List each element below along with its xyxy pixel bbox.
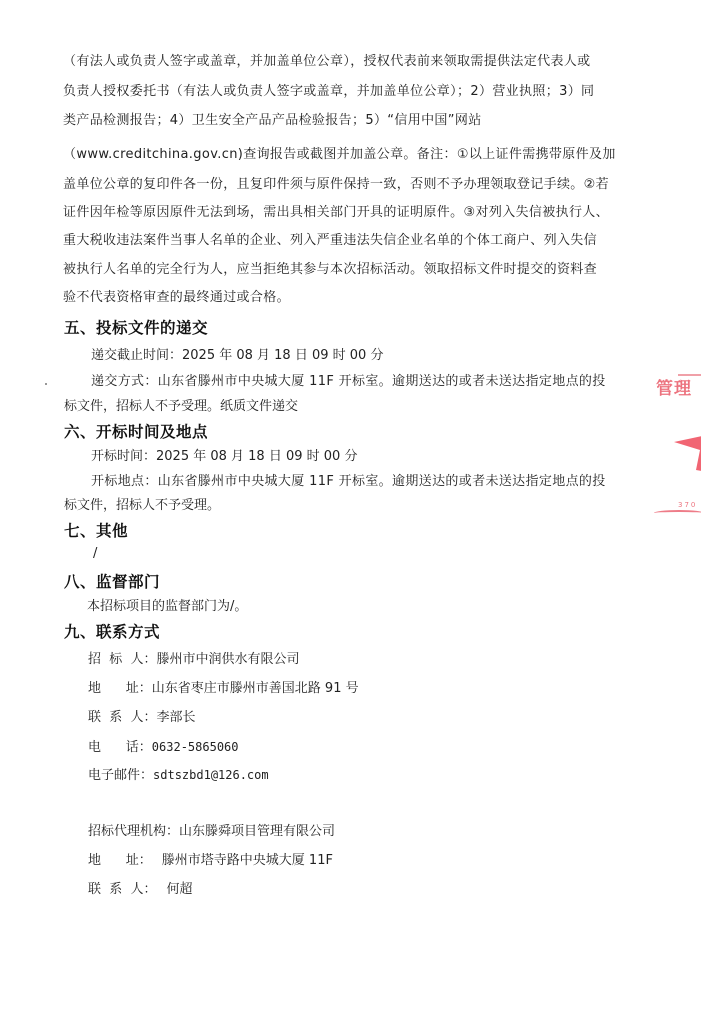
tenderer-address-row: 地 址：山东省枣庄市滕州市善国北路 91 号 <box>88 681 359 697</box>
agency-name-row: 招标代理机构：山东滕舜项目管理有限公司 <box>88 824 335 840</box>
section-8-heading: 八、监督部门 <box>64 572 160 592</box>
intro-line-5: 盖单位公章的复印件各一份，且复印件须与原件保持一致，否则不予办理领取登记手续。②… <box>63 177 609 193</box>
intro-line-7: 重大税收违法案件当事人名单的企业、列入严重违法失信企业名单的个体工商户、列入失信 <box>63 233 597 249</box>
scan-speck <box>45 383 47 385</box>
section-9-heading: 九、联系方式 <box>64 622 160 642</box>
tenderer-name-label: 招 标 人： <box>88 652 157 668</box>
seal-arc-bottom <box>654 510 701 516</box>
seal-number: 370 <box>678 501 697 509</box>
tenderer-email-row: 电子邮件：sdtszbd1@126.com <box>88 767 269 784</box>
tenderer-email-label: 电子邮件： <box>88 768 153 784</box>
tenderer-contact-row: 联 系 人：李部长 <box>88 710 196 726</box>
tenderer-contact-label: 联 系 人： <box>88 710 157 726</box>
intro-line-6: 证件因年检等原因原件无法到场，需出具相关部门开具的证明原件。③对列入失信被执行人… <box>63 205 609 221</box>
tenderer-phone-label: 电 话： <box>88 740 152 756</box>
submission-method-line-2: 标文件，招标人不予受理。纸质文件递交 <box>64 399 298 415</box>
agency-address-label: 地 址： <box>88 853 152 869</box>
intro-line-1: （有法人或负责人签字或盖章，并加盖单位公章），授权代表前来领取需提供法定代表人或 <box>63 54 591 70</box>
other-content: / <box>93 546 97 562</box>
tenderer-contact: 李部长 <box>157 710 196 725</box>
agency-name-label: 招标代理机构： <box>88 824 179 840</box>
opening-place-line-2: 标文件，招标人不予受理。 <box>64 498 220 514</box>
agency-contact-label: 联 系 人： <box>88 882 157 898</box>
agency-contact: 何超 <box>157 882 193 897</box>
intro-line-4: （www.creditchina.gov.cn)查询报告或截图并加盖公章。备注：… <box>63 147 616 163</box>
agency-address: 滕州市塔寺路中央城大厦 11F <box>152 853 333 868</box>
supervision-content: 本招标项目的监督部门为/。 <box>87 599 247 615</box>
tenderer-name-row: 招 标 人：滕州市中润供水有限公司 <box>88 652 300 668</box>
intro-line-8: 被执行人名单的完全行为人，应当拒绝其参与本次招标活动。领取招标文件时提交的资料查 <box>63 262 597 278</box>
intro-line-2: 负责人授权委托书（有法人或负责人签字或盖章，并加盖单位公章）；2）营业执照；3）… <box>63 84 594 100</box>
agency-name: 山东滕舜项目管理有限公司 <box>179 824 335 839</box>
tenderer-phone: 0632-5865060 <box>152 740 239 754</box>
tenderer-address-label: 地 址： <box>88 681 152 697</box>
submission-method-line-1: 递交方式：山东省滕州市中央城大厦 11F 开标室。逾期送达的或者未送达指定地点的… <box>91 374 606 390</box>
star-icon <box>668 412 701 472</box>
opening-time: 开标时间：2025 年 08 月 18 日 09 时 00 分 <box>91 449 357 465</box>
tenderer-email: sdtszbd1@126.com <box>153 768 269 782</box>
tenderer-name: 滕州市中润供水有限公司 <box>157 652 300 667</box>
section-5-heading: 五、投标文件的递交 <box>64 318 208 338</box>
intro-line-9: 验不代表资格审查的最终通过或合格。 <box>63 290 290 306</box>
tenderer-address: 山东省枣庄市滕州市善国北路 91 号 <box>152 681 359 696</box>
official-seal: 管理 370 <box>648 360 701 530</box>
section-6-heading: 六、开标时间及地点 <box>64 422 208 442</box>
opening-place-line-1: 开标地点：山东省滕州市中央城大厦 11F 开标室。逾期送达的或者未送达指定地点的… <box>91 474 606 490</box>
tenderer-phone-row: 电 话：0632-5865060 <box>88 739 239 756</box>
seal-characters: 管理 <box>656 374 692 399</box>
submission-deadline: 递交截止时间：2025 年 08 月 18 日 09 时 00 分 <box>91 348 383 364</box>
section-7-heading: 七、其他 <box>64 521 128 541</box>
agency-contact-row: 联 系 人：何超 <box>88 882 193 898</box>
agency-address-row: 地 址：滕州市塔寺路中央城大厦 11F <box>88 853 333 869</box>
intro-line-3: 类产品检测报告；4）卫生安全产品产品检验报告；5）“信用中国”网站 <box>63 113 482 129</box>
